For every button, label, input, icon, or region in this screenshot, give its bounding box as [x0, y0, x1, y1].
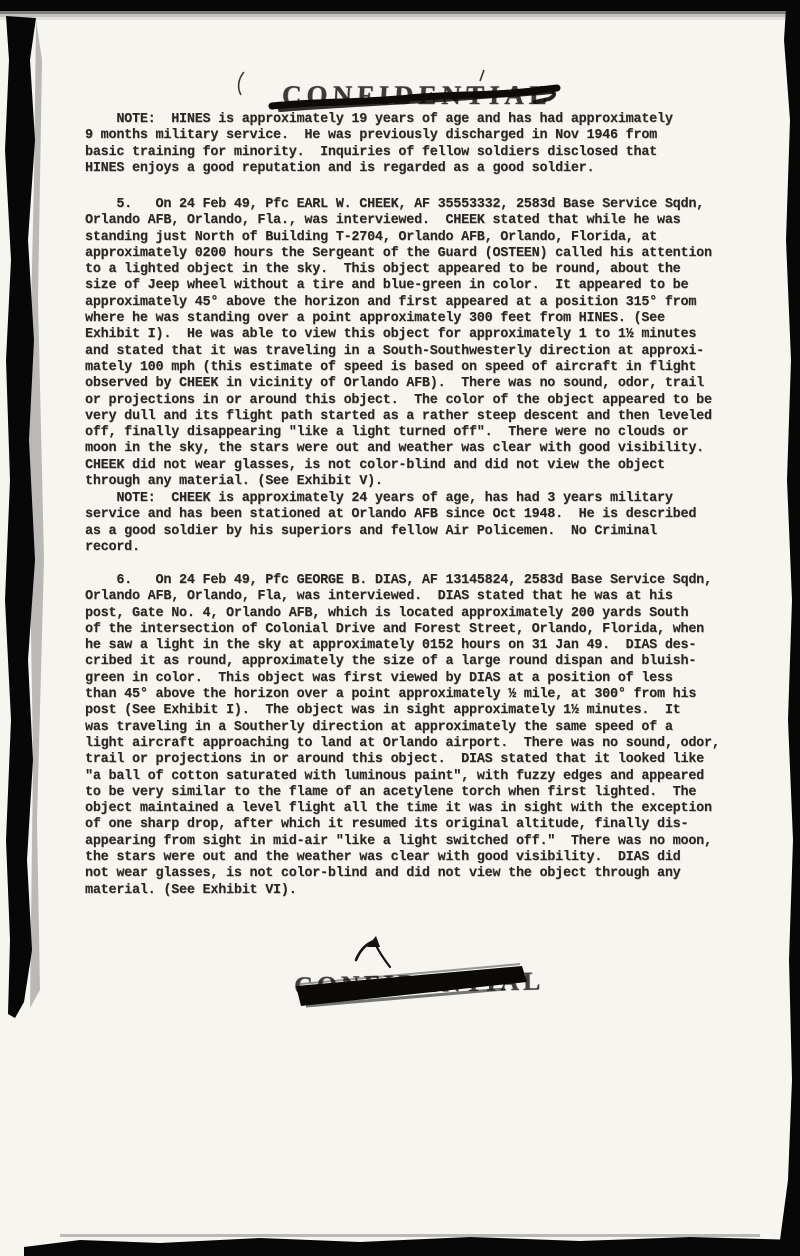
text-line: HINES enjoys a good reputation and is re…: [85, 161, 755, 177]
text-line: 9 months military service. He was previo…: [85, 128, 755, 144]
text-line: 6. On 24 Feb 49, Pfc GEORGE B. DIAS, AF …: [85, 573, 755, 589]
text-line: Orlando AFB, Orlando, Fla, was interview…: [85, 589, 755, 605]
text-line: very dull and its flight path started as…: [85, 409, 755, 425]
text-line: through any material. (See Exhibit V).: [85, 474, 755, 490]
text-line: 5. On 24 Feb 49, Pfc EARL W. CHEEK, AF 3…: [85, 197, 755, 213]
text-line: moon in the sky, the stars were out and …: [85, 441, 755, 457]
scan-edge-bottom-smear: [60, 1234, 760, 1237]
text-line: Exhibit I). He was able to view this obj…: [85, 327, 755, 343]
text-line: off, finally disappearing "like a light …: [85, 425, 755, 441]
text-line: where he was standing over a point appro…: [85, 311, 755, 327]
text-line: "a ball of cotton saturated with luminou…: [85, 769, 755, 785]
text-line: of one sharp drop, after which it resume…: [85, 817, 755, 833]
text-line: NOTE: HINES is approximately 19 years of…: [85, 112, 755, 128]
text-line: was traveling in a Southerly direction a…: [85, 720, 755, 736]
item-5-cheek-interview: 5. On 24 Feb 49, Pfc EARL W. CHEEK, AF 3…: [85, 197, 755, 490]
text-line: cribed it as round, approximately the si…: [85, 654, 755, 670]
text-line: than 45° above the horizon over a point …: [85, 687, 755, 703]
text-line: to a lighted object in the sky. This obj…: [85, 262, 755, 278]
scan-edge-left: [5, 16, 36, 1018]
text-line: of the intersection of Colonial Drive an…: [85, 622, 755, 638]
text-line: basic training for minority. Inquiries o…: [85, 145, 755, 161]
confidential-stamp-bottom: CONFIDENTIAL: [294, 966, 545, 1001]
text-line: and stated that it was traveling in a So…: [85, 344, 755, 360]
text-line: not wear glasses, is not color-blind and…: [85, 866, 755, 882]
text-line: or projections in or around this object.…: [85, 393, 755, 409]
text-line: the stars were out and the weather was c…: [85, 850, 755, 866]
text-line: appearing from sight in mid-air "like a …: [85, 834, 755, 850]
text-line: NOTE: CHEEK is approximately 24 years of…: [85, 491, 755, 507]
scan-edge-right: [768, 8, 800, 1256]
text-line: to be very similar to the flame of an ac…: [85, 785, 755, 801]
text-line: object maintained a level flight all the…: [85, 801, 755, 817]
text-line: service and has been stationed at Orland…: [85, 507, 755, 523]
confidential-stamp-top: CONFIDENTIAL: [281, 80, 553, 111]
text-line: he saw a light in the sky at approximate…: [85, 638, 755, 654]
text-line: size of Jeep wheel without a tire and bl…: [85, 278, 755, 294]
text-line: CHEEK did not wear glasses, is not color…: [85, 458, 755, 474]
text-line: as a good soldier by his superiors and f…: [85, 524, 755, 540]
text-line: post (See Exhibit I). The object was in …: [85, 703, 755, 719]
item-6-dias-interview: 6. On 24 Feb 49, Pfc GEORGE B. DIAS, AF …: [85, 573, 755, 899]
text-line: material. (See Exhibit VI).: [85, 883, 755, 899]
scanned-document-page: CONFIDENTIAL NOTE: HINES is approximatel…: [0, 0, 800, 1256]
stray-parenthesis-mark: [239, 72, 244, 95]
scan-edge-left-smear: [28, 20, 44, 1008]
text-line: Orlando AFB, Orlando, Fla., was intervie…: [85, 213, 755, 229]
text-line: post, Gate No. 4, Orlando AFB, which is …: [85, 606, 755, 622]
text-line: light aircraft approaching to land at Or…: [85, 736, 755, 752]
text-line: trail or projections in or around this o…: [85, 752, 755, 768]
text-line: approximately 45° above the horizon and …: [85, 295, 755, 311]
text-line: observed by CHEEK in vicinity of Orlando…: [85, 376, 755, 392]
text-line: approximately 0200 hours the Sergeant of…: [85, 246, 755, 262]
text-line: record.: [85, 540, 755, 556]
scan-edge-bottom: [24, 1237, 800, 1256]
note-paragraph-cheek: NOTE: CHEEK is approximately 24 years of…: [85, 491, 755, 556]
text-line: green in color. This object was first vi…: [85, 671, 755, 687]
text-line: mately 100 mph (this estimate of speed i…: [85, 360, 755, 376]
text-line: standing just North of Building T-2704, …: [85, 230, 755, 246]
pen-arrow-mark: [356, 936, 390, 967]
scan-edge-top: [0, 0, 800, 20]
note-paragraph-hines: NOTE: HINES is approximately 19 years of…: [85, 112, 755, 177]
